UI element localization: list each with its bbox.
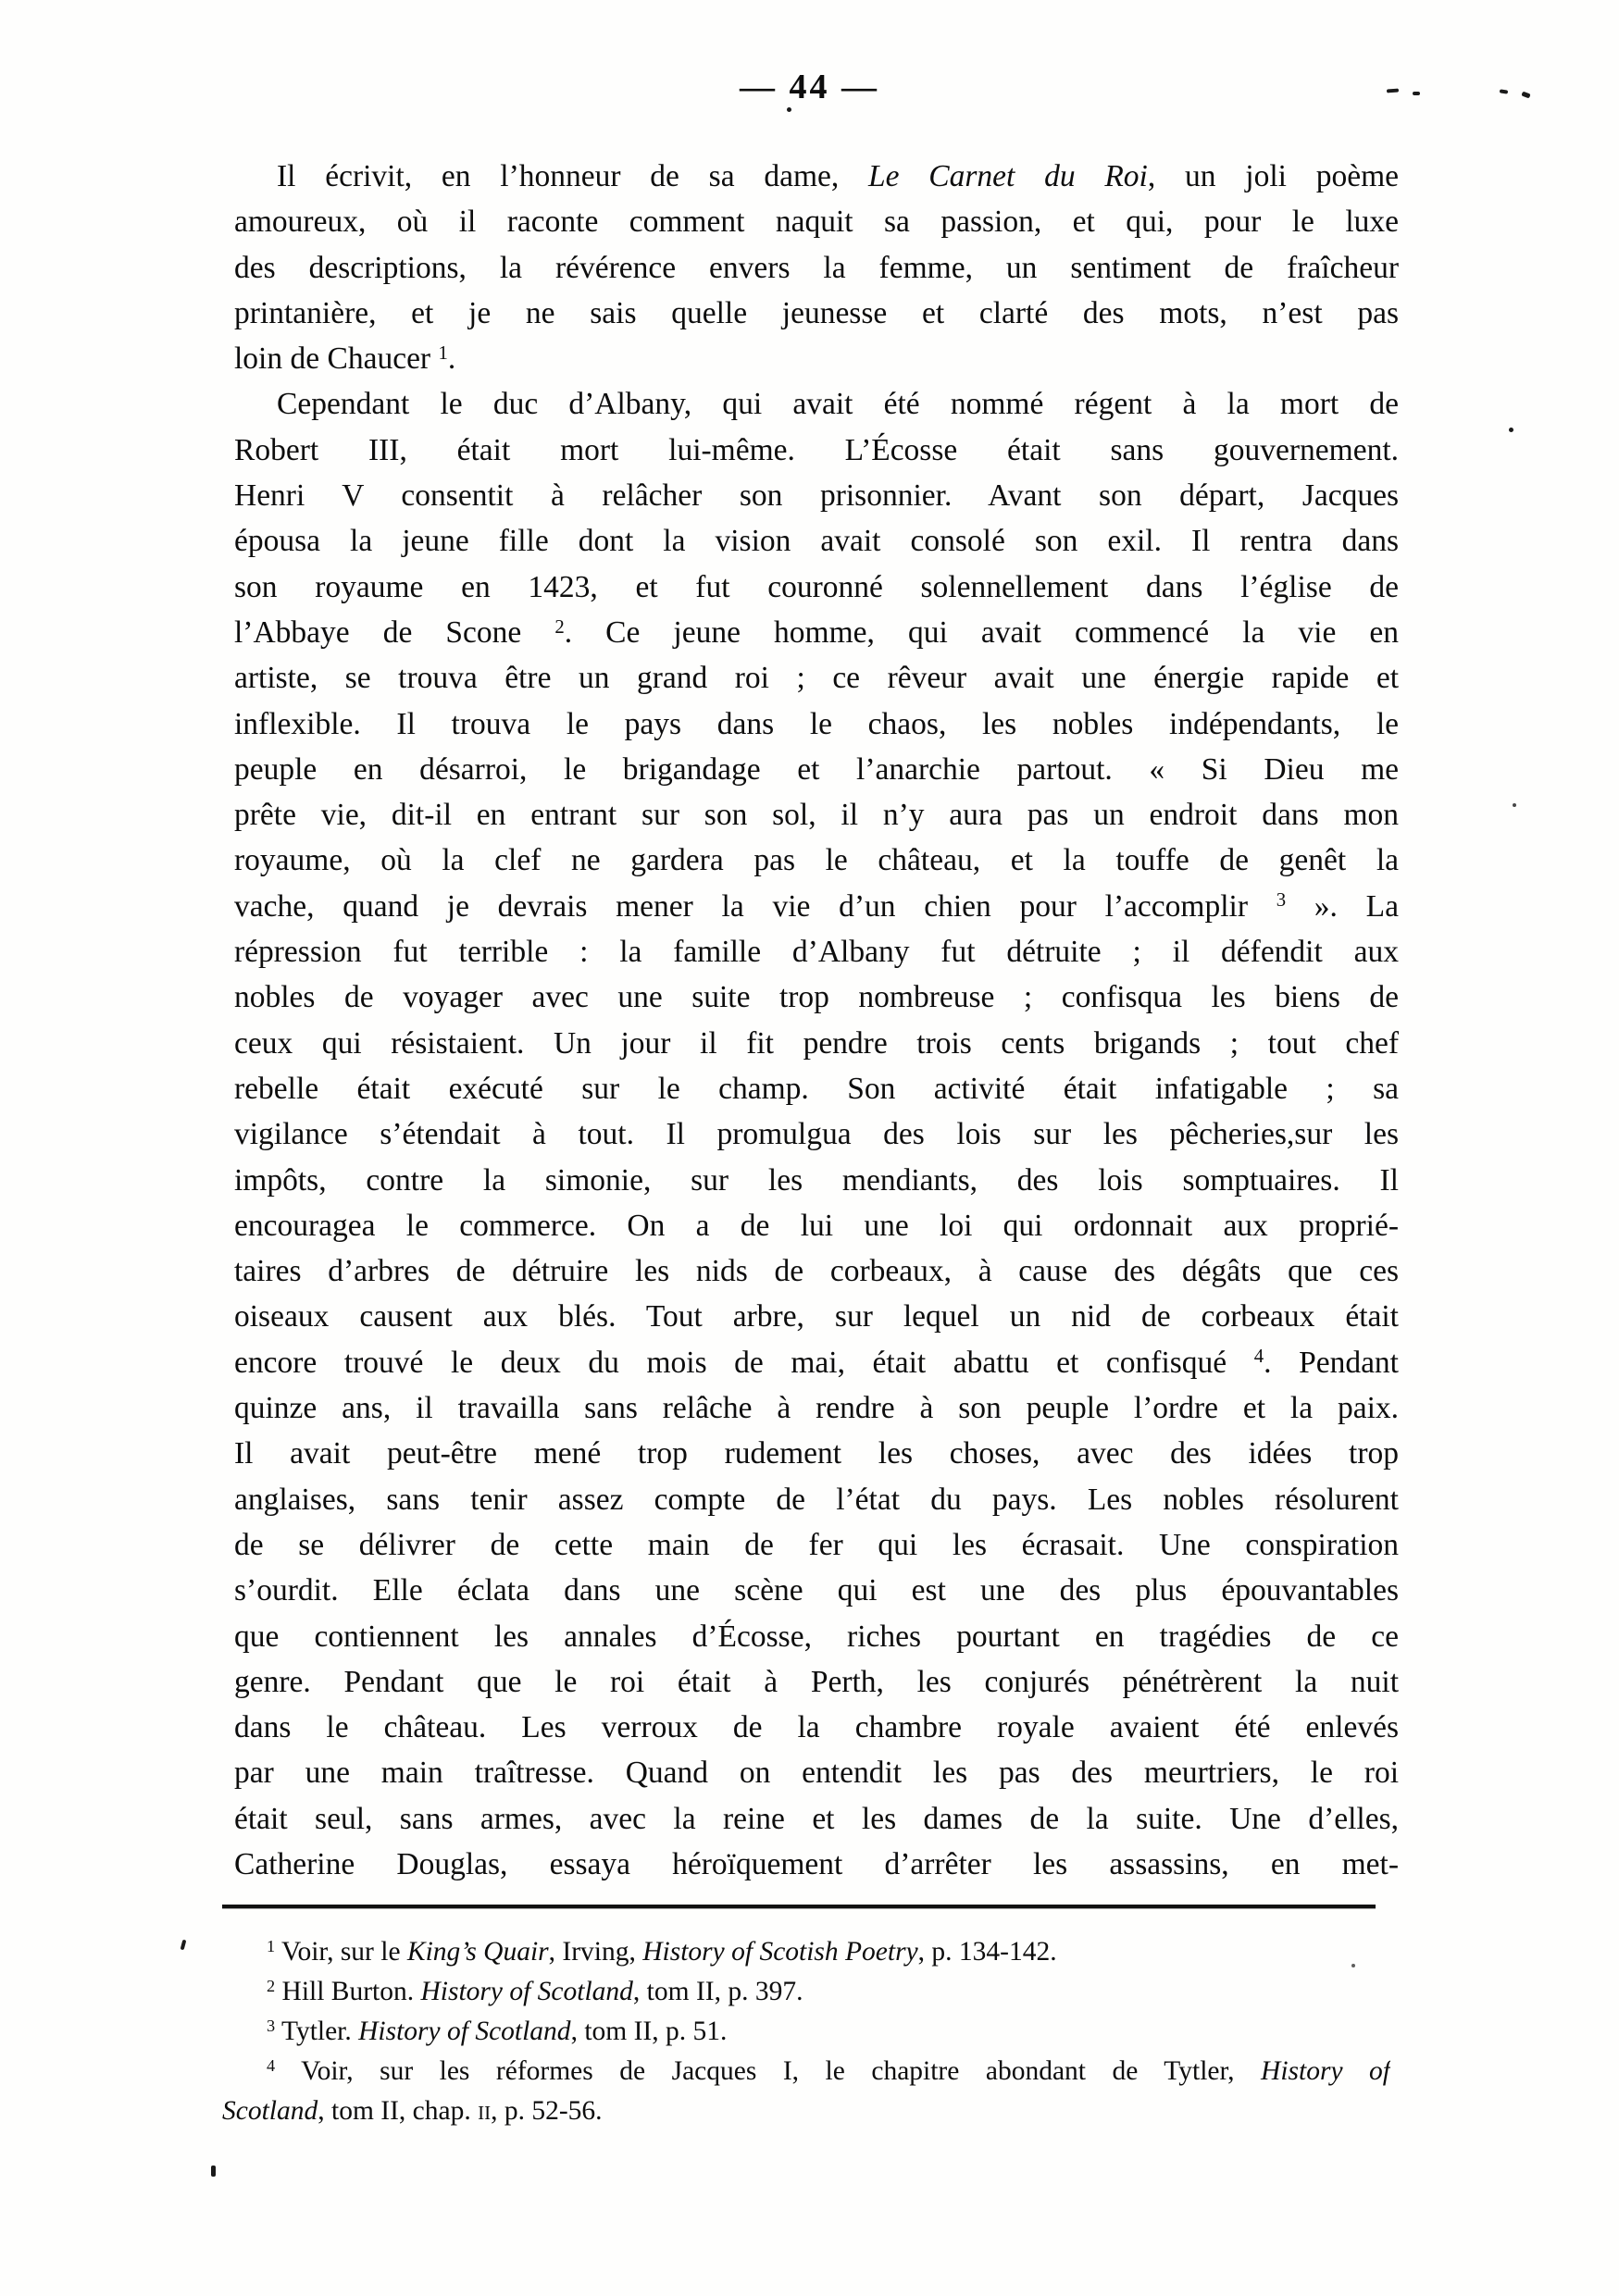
footnote-line: 4 Voir, sur les réformes de Jacques I, l… (222, 2052, 1390, 2091)
italic-title: History of (1261, 2056, 1390, 2086)
text-run: , tom II, p. 397. (633, 1977, 803, 2006)
text-line: était seul, sans armes, avec la reine et… (234, 1796, 1399, 1842)
scan-speck (181, 1940, 187, 1951)
text-run: Voir, sur les réformes de Jacques I, le … (275, 2056, 1261, 2086)
text-run: ». La (1286, 889, 1399, 924)
text-run: était seul, sans armes, avec la reine et… (234, 1802, 1399, 1836)
text-line: anglaises, sans tenir assez compte de l’… (234, 1477, 1399, 1522)
text-run: répression fut terrible : la famille d’A… (234, 935, 1399, 969)
text-run: anglaises, sans tenir assez compte de l’… (234, 1483, 1399, 1517)
text-line: Robert III, était mort lui-même. L’Écoss… (234, 428, 1399, 473)
paragraph: Il écrivit, en l’honneur de sa dame, Le … (234, 154, 1399, 381)
italic-title: History of Scotland (420, 1977, 632, 2006)
text-run: . (448, 341, 455, 376)
text-run: Henri V consentit à relâcher son prisonn… (234, 478, 1399, 513)
text-line: nobles de voyager avec une suite trop no… (234, 974, 1399, 1020)
italic-title: King’s Quair (407, 1937, 549, 1967)
text-line: amoureux, où il raconte comment naquit s… (234, 199, 1399, 244)
text-line: prête vie, dit-il en entrant sur son sol… (234, 792, 1399, 838)
text-line: Henri V consentit à relâcher son prisonn… (234, 473, 1399, 518)
footnote-divider (222, 1905, 1376, 1908)
text-run: nobles de voyager avec une suite trop no… (234, 980, 1399, 1014)
footnote-line: Scotland, tom II, chap. ii, p. 52-56. (222, 2091, 1390, 2131)
page-number: — 44 — (0, 67, 1619, 107)
text-line: quinze ans, il travailla sans relâche à … (234, 1385, 1399, 1431)
text-run: quinze ans, il travailla sans relâche à … (234, 1391, 1399, 1425)
text-run: par une main traîtresse. Quand on entend… (234, 1756, 1399, 1790)
text-run: loin de Chaucer (234, 341, 438, 376)
footnote-line: 2 Hill Burton. History of Scotland, tom … (222, 1972, 1390, 2012)
paragraph: Cependant le duc d’Albany, qui avait été… (234, 381, 1399, 1887)
text-run: royaume, où la clef ne gardera pas le ch… (234, 843, 1399, 877)
text-run: encore trouvé le deux du mois de mai, ét… (234, 1346, 1254, 1380)
footnote-marker: 4 (267, 2056, 275, 2075)
text-line: Catherine Douglas, essaya héroïquement d… (234, 1842, 1399, 1887)
text-line: loin de Chaucer 1. (234, 336, 1399, 381)
text-line: printanière, et je ne sais quelle jeunes… (234, 291, 1399, 336)
text-run: l’Abbaye de Scone (234, 615, 554, 650)
text-run: prête vie, dit-il en entrant sur son sol… (234, 798, 1399, 832)
text-run: taires d’arbres de détruire les nids de … (234, 1254, 1399, 1288)
scan-speck (1513, 803, 1516, 807)
text-line: vache, quand je devrais mener la vie d’u… (234, 884, 1399, 929)
text-line: par une main traîtresse. Quand on entend… (234, 1750, 1399, 1795)
footnote-line: 1 Voir, sur le King’s Quair, Irving, His… (222, 1932, 1390, 1972)
text-run: , tom II, chap. (318, 2096, 478, 2126)
scan-speck (211, 2166, 216, 2177)
text-line: s’ourdit. Elle éclata dans une scène qui… (234, 1568, 1399, 1613)
text-run: Il avait peut-être mené trop rudement le… (234, 1436, 1399, 1471)
text-run: impôts, contre la simonie, sur les mendi… (234, 1163, 1399, 1198)
book-page-scan: — 44 — Il écrivit, en l’honneur de sa da… (0, 0, 1619, 2296)
text-run: des descriptions, la révérence envers la… (234, 251, 1399, 285)
text-line: artiste, se trouva être un grand roi ; c… (234, 655, 1399, 701)
footnote-line: 3 Tytler. History of Scotland, tom II, p… (222, 2012, 1390, 2052)
text-line: impôts, contre la simonie, sur les mendi… (234, 1158, 1399, 1203)
text-line: oiseaux causent aux blés. Tout arbre, su… (234, 1294, 1399, 1339)
text-line: dans le château. Les verroux de la chamb… (234, 1705, 1399, 1750)
text-run: Tytler. (275, 2017, 358, 2046)
text-run: printanière, et je ne sais quelle jeunes… (234, 296, 1399, 330)
footnote-marker: 1 (267, 1937, 275, 1955)
text-line: son royaume en 1423, et fut couronné sol… (234, 565, 1399, 610)
text-run: , tom II, p. 51. (571, 2017, 728, 2046)
footnote-marker: 2 (267, 1977, 275, 1995)
scan-speck (1509, 428, 1513, 432)
text-run: artiste, se trouva être un grand roi ; c… (234, 661, 1399, 695)
text-run: de se délivrer de cette main de fer qui … (234, 1528, 1399, 1562)
footnotes: 1 Voir, sur le King’s Quair, Irving, His… (222, 1932, 1390, 2131)
scan-speck (1413, 92, 1420, 95)
text-run: peuple en désarroi, le brigandage et l’a… (234, 752, 1399, 787)
text-line: genre. Pendant que le roi était à Perth,… (234, 1659, 1399, 1705)
text-line: encouragea le commerce. On a de lui une … (234, 1203, 1399, 1248)
text-run: Robert III, était mort lui-même. L’Écoss… (234, 433, 1399, 467)
main-text: Il écrivit, en l’honneur de sa dame, Le … (234, 154, 1399, 1887)
text-line: répression fut terrible : la famille d’A… (234, 929, 1399, 974)
text-run: Cependant le duc d’Albany, qui avait été… (277, 387, 1399, 421)
text-run: inflexible. Il trouva le pays dans le ch… (234, 707, 1399, 741)
text-line: l’Abbaye de Scone 2. Ce jeune homme, qui… (234, 610, 1399, 655)
italic-title: History of Scotish Poetry (642, 1937, 917, 1967)
text-run: s’ourdit. Elle éclata dans une scène qui… (234, 1573, 1399, 1607)
text-line: que contiennent les annales d’Écosse, ri… (234, 1614, 1399, 1659)
footnote-marker: 3 (1277, 889, 1286, 911)
text-run: dans le château. Les verroux de la chamb… (234, 1710, 1399, 1744)
text-run: , Irving, (549, 1937, 643, 1967)
text-run: . Ce jeune homme, qui avait commencé la … (565, 615, 1399, 650)
scan-speck (787, 107, 791, 112)
text-run: Il écrivit, en l’honneur de sa dame, (277, 159, 868, 193)
text-run: amoureux, où il raconte comment naquit s… (234, 205, 1399, 239)
text-run: Catherine Douglas, essaya héroïquement d… (234, 1847, 1399, 1881)
footnote-marker: 4 (1254, 1346, 1264, 1367)
text-run: genre. Pendant que le roi était à Perth,… (234, 1665, 1399, 1699)
text-run: vigilance s’étendait à tout. Il promulgu… (234, 1117, 1399, 1151)
text-run: son royaume en 1423, et fut couronné sol… (234, 570, 1399, 604)
text-line: de se délivrer de cette main de fer qui … (234, 1522, 1399, 1568)
italic-title: History of Scotland (358, 2017, 570, 2046)
text-run: , un joli poème (1148, 159, 1399, 193)
scan-speck (1351, 1964, 1355, 1967)
text-line: épousa la jeune fille dont la vision ava… (234, 518, 1399, 564)
text-run: Hill Burton. (275, 1977, 420, 2006)
text-line: Il avait peut-être mené trop rudement le… (234, 1431, 1399, 1476)
text-line: ceux qui résistaient. Un jour il fit pen… (234, 1021, 1399, 1066)
text-line: taires d’arbres de détruire les nids de … (234, 1248, 1399, 1294)
text-run: oiseaux causent aux blés. Tout arbre, su… (234, 1299, 1399, 1334)
text-run: vache, quand je devrais mener la vie d’u… (234, 889, 1277, 924)
text-line: rebelle était exécuté sur le champ. Son … (234, 1066, 1399, 1111)
footnote-marker: 2 (554, 616, 564, 638)
text-line: Il écrivit, en l’honneur de sa dame, Le … (234, 154, 1399, 199)
italic-title: Le Carnet du Roi (868, 159, 1148, 193)
text-run: Voir, sur le (275, 1937, 407, 1967)
text-run: épousa la jeune fille dont la vision ava… (234, 524, 1399, 558)
text-line: des descriptions, la révérence envers la… (234, 245, 1399, 291)
text-run: ceux qui résistaient. Un jour il fit pen… (234, 1026, 1399, 1061)
text-run: ii (478, 2096, 491, 2126)
text-run: , p. 134-142. (918, 1937, 1057, 1967)
text-line: Cependant le duc d’Albany, qui avait été… (234, 381, 1399, 427)
text-line: vigilance s’étendait à tout. Il promulgu… (234, 1111, 1399, 1157)
text-run: , p. 52-56. (491, 2096, 602, 2126)
text-line: encore trouvé le deux du mois de mai, ét… (234, 1340, 1399, 1385)
text-line: peuple en désarroi, le brigandage et l’a… (234, 747, 1399, 792)
text-run: . Pendant (1264, 1346, 1399, 1380)
text-run: encouragea le commerce. On a de lui une … (234, 1209, 1399, 1243)
text-run: que contiennent les annales d’Écosse, ri… (234, 1620, 1399, 1654)
text-line: inflexible. Il trouva le pays dans le ch… (234, 701, 1399, 747)
text-line: royaume, où la clef ne gardera pas le ch… (234, 838, 1399, 883)
text-run: rebelle était exécuté sur le champ. Son … (234, 1072, 1399, 1106)
footnote-marker: 3 (267, 2017, 275, 2035)
italic-title: Scotland (222, 2096, 318, 2126)
footnote-marker: 1 (438, 342, 447, 364)
